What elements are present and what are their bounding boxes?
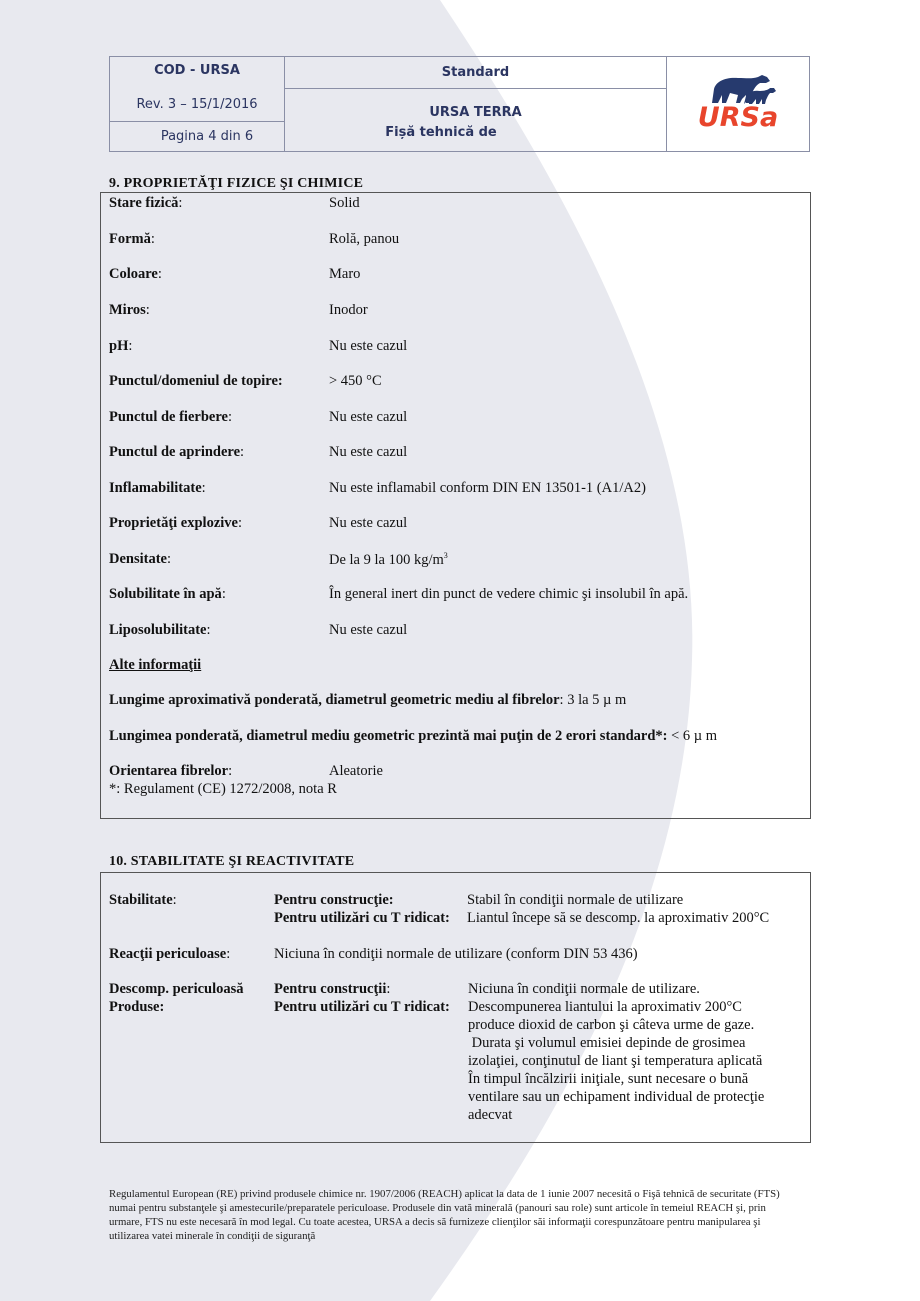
property-row: Proprietăţi explozive:Nu este cazul [109,515,242,532]
property-value: Nu este cazul [329,444,407,461]
hazardous-reactions-label: Reacţii periculoase: [109,946,230,963]
property-row: Solubilitate în apă:În general inert din… [109,586,226,603]
stability-hightemp-label: Pentru utilizări cu T ridicat: [274,910,450,927]
decomposition-hightemp-line: Durata şi volumul emisiei depinde de gro… [468,1035,745,1052]
property-label: Solubilitate în apă: [109,586,226,602]
property-value: Nu este cazul [329,515,407,532]
divider [285,88,666,89]
header-logo-cell: URSa [667,57,809,151]
decomposition-label-2: Produse: [109,999,164,1016]
fiber-length-row: Lungime aproximativă ponderată, diametru… [109,692,626,709]
property-label: Densitate: [109,551,171,567]
decomposition-hightemp-line: produce dioxid de carbon şi câteva urme … [468,1017,754,1034]
stability-hightemp-value: Liantul începe să se descomp. la aproxim… [467,910,769,927]
footnote: *: Regulament (CE) 1272/2008, nota R [109,781,337,798]
property-label: pH: [109,338,132,354]
fiber-orientation-value: Aleatorie [329,763,383,780]
property-row: Coloare:Maro [109,266,162,283]
property-label: Coloare: [109,266,162,282]
property-value: De la 9 la 100 kg/m3 [329,551,448,569]
property-label: Liposolubilitate: [109,622,211,638]
property-label: Stare fizică: [109,195,182,211]
decomposition-hightemp-line: Descompunerea liantului la aproximativ 2… [468,999,742,1016]
property-row: Liposolubilitate:Nu este cazul [109,622,211,639]
property-row: pH:Nu este cazul [109,338,132,355]
property-value: > 450 °C [329,373,382,390]
decomposition-hightemp-label: Pentru utilizări cu T ridicat: [274,999,450,1016]
stability-construction-value: Stabil în condiţii normale de utilizare [467,892,683,909]
header-title-cell: Standard URSA TERRA Fișă tehnică de [285,57,667,151]
fiber-error-value: < 6 µ m [668,728,718,744]
property-row: Punctul de aprindere:Nu este cazul [109,444,244,461]
decomposition-construction-value: Niciuna în condiţii normale de utilizare… [468,981,700,998]
stability-label: Stabilitate: [109,892,177,909]
fiber-length-value: 3 la 5 µ m [564,692,627,708]
section-9-box [100,192,811,819]
stability-construction-label: Pentru construcţie: [274,892,394,909]
fiber-error-label: Lungimea ponderată, diametrul mediu geom… [109,728,668,744]
section-10-title: 10. STABILITATE ŞI REACTIVITATE [109,854,354,870]
logo-wordmark: URSa [682,102,794,133]
property-label: Miros: [109,302,150,318]
reach-disclaimer: Regulamentul European (RE) privind produ… [109,1187,799,1243]
decomposition-label-1: Descomp. periculoasă [109,981,244,998]
fiber-orientation-row: Orientarea fibrelor: Aleatorie [109,763,232,780]
property-row: Punctul de fierbere:Nu este cazul [109,409,232,426]
property-label: Punctul de aprindere: [109,444,244,460]
decomposition-construction-label: Pentru construcţii: [274,981,390,998]
header-code-cell: COD - URSA Rev. 3 – 15/1/2016 Pagina 4 d… [110,57,285,151]
property-row: Stare fizică:Solid [109,195,182,212]
ursa-logo: URSa [682,73,794,135]
property-value: Nu este cazul [329,622,407,639]
property-value: În general inert din punct de vedere chi… [329,586,688,603]
standard-label: Standard [285,65,666,80]
decomposition-hightemp-line: adecvat [468,1107,512,1124]
property-value: Solid [329,195,360,212]
property-row: Formă:Rolă, panou [109,231,155,248]
revision: Rev. 3 – 15/1/2016 [110,97,284,112]
property-label: Punctul/domeniul de topire: [109,373,283,389]
other-info-heading: Alte informaţii [109,657,201,674]
property-label: Inflamabilitate: [109,480,206,496]
property-row: Inflamabilitate:Nu este inflamabil confo… [109,480,206,497]
property-value: Inodor [329,302,368,319]
fiber-error-row: Lungimea ponderată, diametrul mediu geom… [109,728,717,745]
property-value: Nu este inflamabil conform DIN EN 13501-… [329,480,646,497]
property-label: Proprietăţi explozive: [109,515,242,531]
property-value: Nu este cazul [329,338,407,355]
property-row: Punctul/domeniul de topire:> 450 °C [109,373,283,390]
divider [110,121,284,122]
property-label: Punctul de fierbere: [109,409,232,425]
decomposition-hightemp-line: În timpul încălzirii iniţiale, sunt nece… [468,1071,748,1088]
property-label: Formă: [109,231,155,247]
property-value: Rolă, panou [329,231,399,248]
property-value: Nu este cazul [329,409,407,426]
fiber-length-label: Lungime aproximativă ponderată, diametru… [109,692,560,708]
page-number: Pagina 4 din 6 [120,129,294,144]
property-row: Densitate:De la 9 la 100 kg/m3 [109,551,171,568]
decomposition-hightemp-line: izolaţiei, conţinutul de liant şi temper… [468,1053,762,1070]
document-page: COD - URSA Rev. 3 – 15/1/2016 Pagina 4 d… [0,0,920,1301]
property-value: Maro [329,266,360,283]
product-name: URSA TERRA [285,105,666,120]
hazardous-reactions-value: Niciuna în condiţii normale de utilizare… [274,946,638,963]
document-header: COD - URSA Rev. 3 – 15/1/2016 Pagina 4 d… [109,56,810,152]
section-9-title: 9. PROPRIETĂŢI FIZICE ŞI CHIMICE [109,176,363,192]
property-row: Miros:Inodor [109,302,150,319]
document-code: COD - URSA [110,63,284,78]
document-type: Fișă tehnică de [285,125,597,140]
decomposition-hightemp-line: ventilare sau un echipament individual d… [468,1089,764,1106]
